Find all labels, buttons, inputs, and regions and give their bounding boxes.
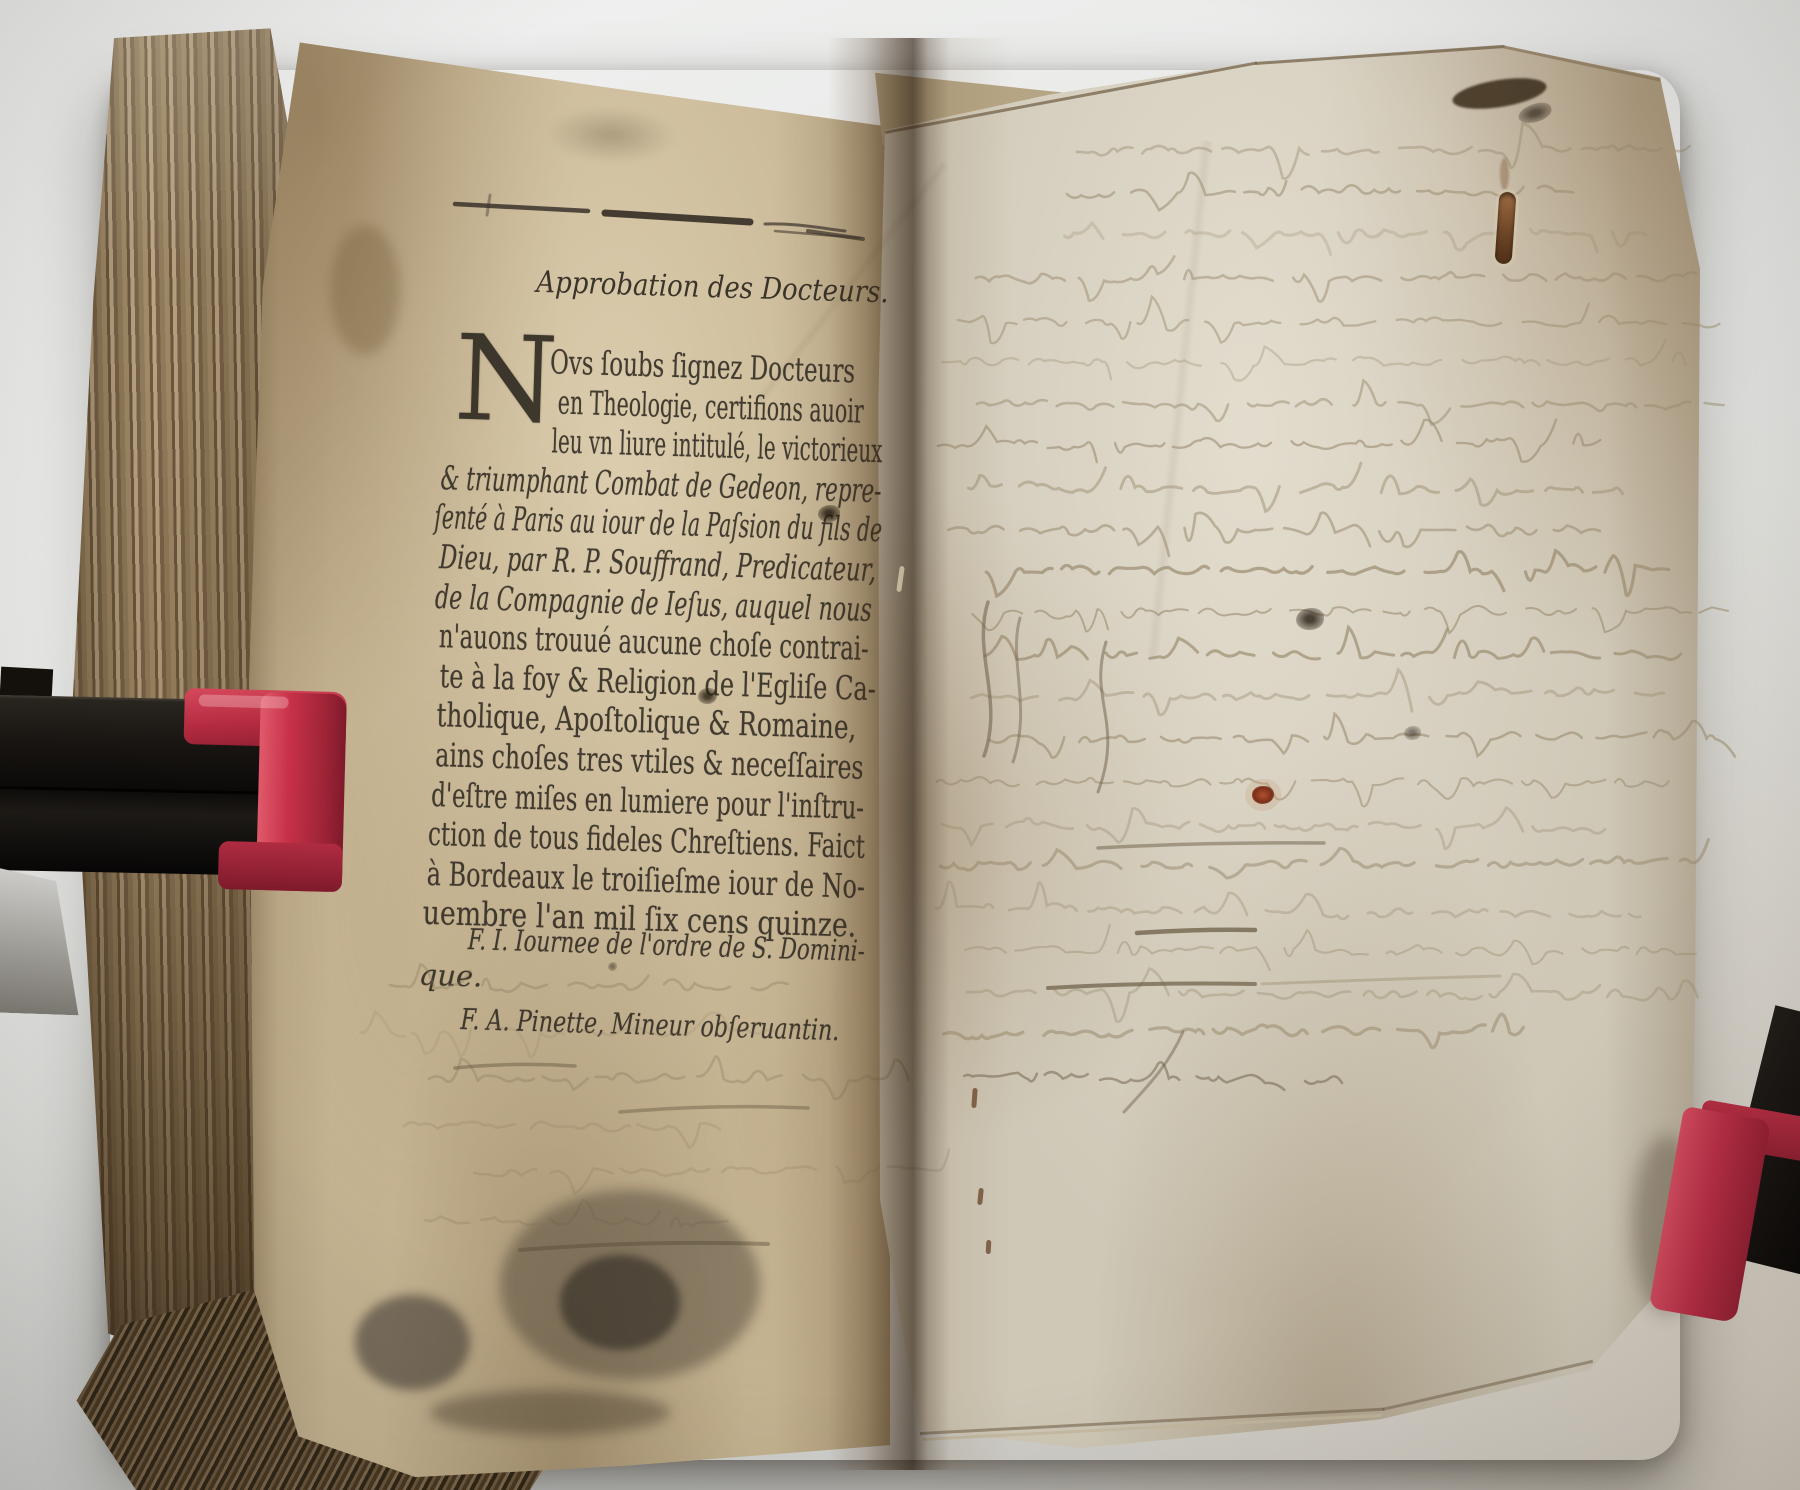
- handwriting-stroke: [971, 670, 1685, 715]
- left-clamp-red-tip: [180, 688, 350, 894]
- stain: [430, 1390, 670, 1435]
- left-clamp-red-tip-bottom: [218, 841, 343, 892]
- handwriting-stroke: [1048, 984, 1255, 989]
- handwriting-stroke: [967, 969, 1720, 1022]
- stain: [560, 1255, 680, 1350]
- handwriting-stroke: [965, 925, 1713, 970]
- handwriting-stroke: [390, 964, 795, 991]
- handwriting-stroke: [455, 1064, 575, 1068]
- handwriting-stroke: [620, 1107, 808, 1112]
- handwriting-stroke: [968, 463, 1631, 511]
- drop-cap-initial: N: [453, 331, 559, 428]
- handwriting-stroke: [937, 777, 1683, 806]
- body-line: Ovs ſoubs ſignez Docteurs: [550, 345, 856, 387]
- handwriting-stroke: [948, 513, 1610, 556]
- handwriting-stroke: [972, 606, 1744, 633]
- ink-blot: [1404, 726, 1421, 740]
- ink-blot: [698, 688, 717, 704]
- handwriting-stroke: [1098, 642, 1108, 792]
- broken-rule: [420, 178, 880, 258]
- handwriting-stroke: [1065, 223, 1655, 254]
- handwriting-stroke: [1098, 843, 1324, 848]
- handwriting-stroke: [985, 627, 1699, 659]
- body-line: en Theologie, certifions auoir: [557, 385, 864, 427]
- handwriting-stroke: [944, 1014, 1532, 1047]
- ink-blot: [1296, 608, 1324, 630]
- handwriting-stroke: [976, 256, 1705, 301]
- ink-blot: [608, 962, 617, 971]
- binding-thread: [986, 1240, 992, 1254]
- handwriting-stroke: [936, 882, 1662, 919]
- handwriting-stroke: [958, 297, 1728, 344]
- stain: [330, 225, 400, 355]
- book-photo: Approbation des Docteurs. N Ovs ſoubs ſi…: [0, 0, 1800, 1490]
- handwriting-stroke: [1137, 930, 1255, 933]
- handwriting-stroke: [1077, 124, 1700, 179]
- handwriting-stroke: [942, 340, 1699, 380]
- handwriting-stroke: [986, 551, 1686, 596]
- handwriting-stroke: [940, 839, 1725, 878]
- book-gutter: [828, 38, 1013, 1470]
- worm-track: [1500, 158, 1509, 190]
- handwriting-stroke: [1013, 618, 1021, 762]
- handwriting-stroke: [1262, 976, 1500, 984]
- left-clamp-highlight: [199, 694, 289, 708]
- handwriting-stroke: [360, 1012, 831, 1058]
- handwriting-stroke: [938, 419, 1608, 462]
- handwriting-stroke: [404, 1122, 729, 1148]
- handwriting-stroke: [977, 381, 1745, 425]
- stain: [355, 1295, 470, 1390]
